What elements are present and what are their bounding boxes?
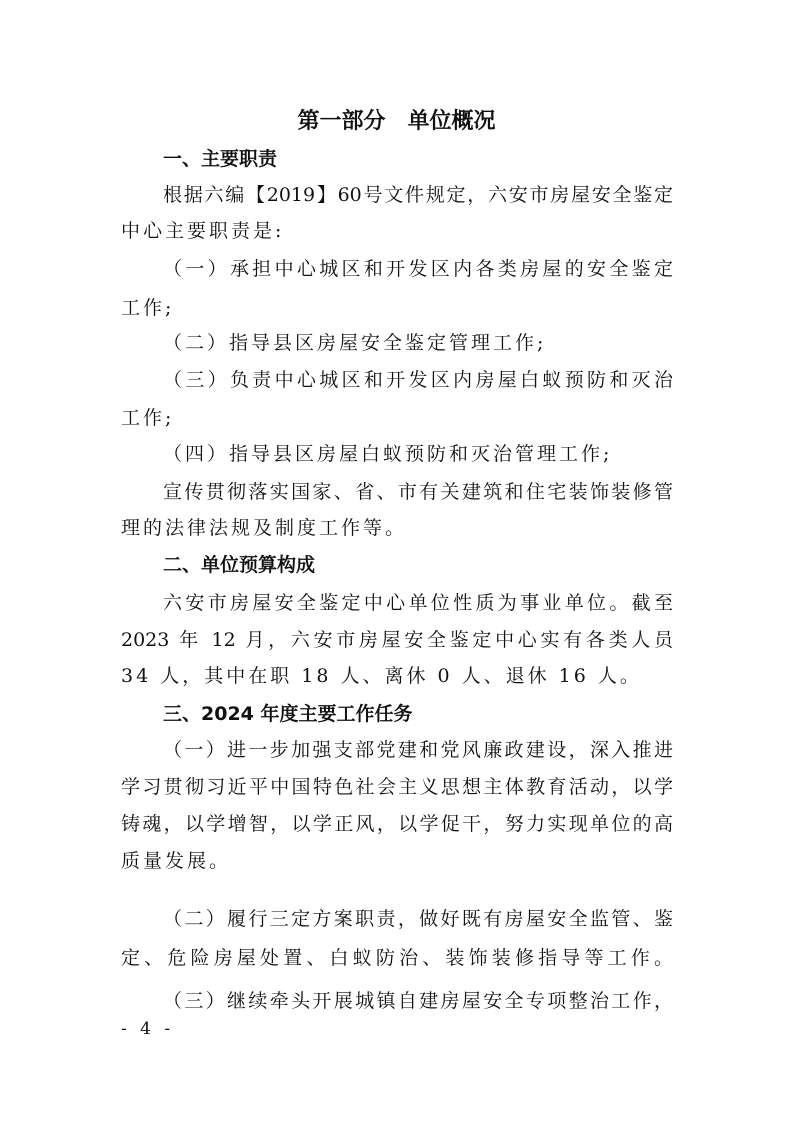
paragraph-line: 工作;: [121, 296, 673, 320]
paragraph-line: （三）负责中心城区和开发区内房屋白蚁预防和灭治: [163, 368, 673, 392]
paragraph-line: 学习贯彻习近平中国特色社会主义思想主体教育活动，以学: [121, 775, 673, 799]
paragraph-line: （二）指导县区房屋安全鉴定管理工作;: [163, 331, 673, 355]
paragraph-line: 理的法律法规及制度工作等。: [121, 516, 673, 540]
paragraph-line: 2023 年 12 月，六安市房屋安全鉴定中心实有各类人员: [121, 628, 673, 652]
paragraph-line: （一）进一步加强支部党建和党风廉政建设，深入推进: [163, 738, 673, 762]
document-page: 第一部分 单位概况 一、主要职责 根据六编【2019】60号文件规定，六安市房屋…: [0, 0, 793, 1122]
section-heading-budget: 二、单位预算构成: [163, 553, 315, 577]
paragraph-line: 质量发展。: [121, 849, 673, 873]
section-heading-duties: 一、主要职责: [163, 147, 277, 171]
paragraph-line: （二）履行三定方案职责，做好既有房屋安全监管、鉴: [163, 907, 673, 931]
paragraph-line: （四）指导县区房屋白蚁预防和灭治管理工作;: [163, 442, 673, 466]
paragraph-line: 34 人，其中在职 18 人、离休 0 人、退休 16 人。: [121, 664, 673, 688]
page-title: 第一部分 单位概况: [0, 104, 793, 135]
paragraph-line: 铸魂，以学增智，以学正风，以学促干，努力实现单位的高: [121, 812, 673, 836]
paragraph-line: 工作;: [121, 406, 673, 430]
paragraph-line: 根据六编【2019】60号文件规定，六安市房屋安全鉴定: [163, 183, 673, 207]
paragraph-line: 宣传贯彻落实国家、省、市有关建筑和住宅装饰装修管: [163, 480, 673, 504]
paragraph-line: （一）承担中心城区和开发区内各类房屋的安全鉴定: [163, 257, 673, 281]
section-heading-tasks: 三、2024 年度主要工作任务: [163, 702, 413, 726]
paragraph-line: 六安市房屋安全鉴定中心单位性质为事业单位。截至: [163, 591, 673, 615]
page-number: - 4 -: [121, 1019, 174, 1039]
paragraph-line: 定、危险房屋处置、白蚁防治、装饰装修指导等工作。: [121, 946, 673, 970]
paragraph-line: （三）继续牵头开展城镇自建房屋安全专项整治工作，: [163, 989, 673, 1013]
paragraph-line: 中心主要职责是:: [121, 219, 673, 243]
